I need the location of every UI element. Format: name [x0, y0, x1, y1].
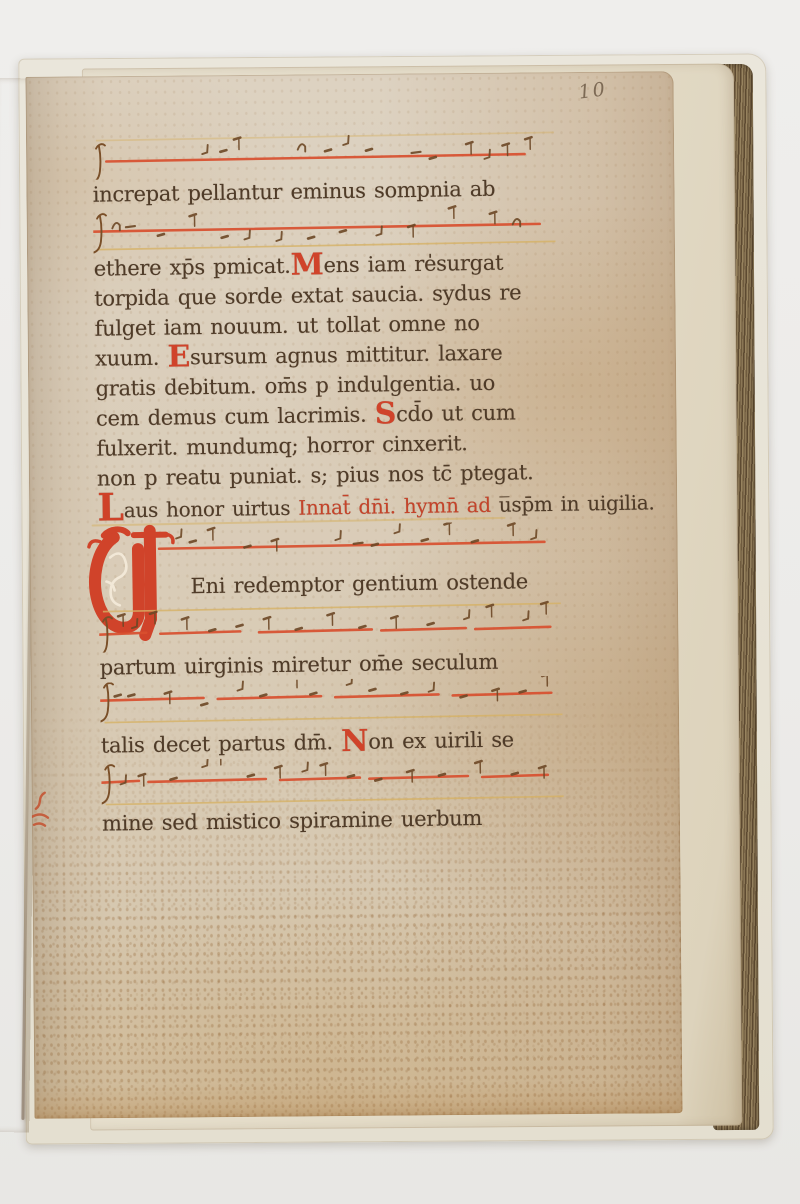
verse-text: u̅sp̄m in uigilia. [499, 490, 655, 516]
neume-clivis-icon [112, 223, 120, 231]
music-staff-line [92, 129, 563, 180]
verse-text: xuum. [95, 346, 168, 371]
staff-red-line [335, 694, 438, 697]
neume-punctum-icon [366, 149, 372, 151]
verse-text: Eni redemptor gentium ostende [190, 569, 528, 598]
verse-text: ethere xp̄s pmicat. [94, 254, 291, 281]
current-page: 10 increpat pellantur eminus sompnia abe… [25, 71, 682, 1119]
neume-virga-icon [264, 617, 271, 629]
neume-virga-icon [525, 137, 532, 149]
neume-punctum-icon [308, 237, 314, 239]
neume-virga-icon [486, 605, 493, 617]
staff-notation [100, 676, 571, 731]
verse-text: on ex uirili se [368, 728, 514, 754]
verse-text: mine sed mistico spiramine uerbum [102, 806, 482, 836]
staff-red-line [369, 776, 468, 779]
manuscript-text-block: increpat pellantur eminus sompnia abethe… [92, 129, 572, 839]
neume-punctum-icon [244, 546, 250, 548]
neume-virga-icon [475, 761, 482, 773]
staff-red-line [159, 542, 544, 549]
neume-virga-icon [327, 613, 334, 625]
neume-virga-icon [508, 523, 515, 535]
neume-virga-icon [150, 612, 157, 624]
neume-pes-icon [464, 610, 470, 619]
neume-virga-icon [182, 617, 189, 629]
neume-pes-icon [523, 611, 529, 620]
neume-punctum-icon [128, 695, 134, 697]
neume-punctum-icon [359, 626, 365, 628]
staff-red-line [475, 627, 550, 629]
neume-pes-icon [343, 136, 349, 145]
neume-virga-icon [272, 539, 279, 551]
neume-pes-icon [202, 758, 208, 767]
verse-text: gratis debitum. om̄s p indulgentia. uo [95, 371, 495, 401]
neume-punctum-icon [171, 778, 177, 780]
neume-punctum-icon [325, 150, 331, 152]
staff-red-line [99, 633, 146, 635]
staff-notation [92, 129, 563, 180]
neume-virga-icon [189, 214, 196, 226]
verse-text: cd̄o ut cum [396, 400, 516, 426]
neume-virga-icon [320, 763, 327, 775]
neume-pes-icon [132, 619, 138, 628]
neume-virga-icon [118, 614, 125, 626]
verse-text: sursum agnus mittitur. laxare [190, 341, 503, 370]
neume-punctum-icon [428, 623, 434, 625]
neume-virga-icon [542, 676, 549, 686]
neume-pes-icon [302, 762, 308, 771]
clef-icon [92, 144, 106, 180]
neume-punctum-icon [310, 693, 316, 695]
neume-tractulus-icon [126, 226, 135, 227]
manuscript-photo: 11 10 increpat pellantur eminus sompnia … [0, 0, 800, 1204]
neume-punctum-icon [190, 541, 196, 543]
neume-pes-icon [335, 531, 341, 540]
neume-pes-icon [237, 681, 243, 690]
page-bottom-soil-band [34, 1079, 682, 1119]
staff-notation [99, 598, 570, 653]
clef-icon [100, 683, 114, 722]
neume-punctum-icon [520, 691, 526, 693]
neume-virga-icon [208, 528, 215, 540]
neume-pes-icon [202, 145, 208, 154]
neume-punctum-icon [237, 625, 243, 627]
staff-notation [93, 203, 564, 254]
neume-tractulus-icon [412, 152, 421, 153]
neume-punctum-icon [348, 775, 354, 777]
verse-text: talis decet partus dm̄. [101, 730, 342, 758]
neume-punctum-icon [375, 779, 381, 781]
verse-text: ens iam re̍surgat [323, 251, 503, 278]
staff-red-line [381, 628, 466, 630]
verse-text: aus honor uirtus [124, 496, 299, 523]
neume-punctum-icon [296, 628, 302, 630]
neume-virga-icon [408, 225, 415, 237]
verse-text: fulxerit. mundumq; horror cinxerit. [96, 431, 467, 461]
neume-clivis-icon [298, 144, 306, 152]
neume-pes-icon [531, 530, 537, 539]
staff-red-line [148, 779, 266, 782]
neume-punctum-icon [430, 157, 436, 159]
neume-punctum-icon [472, 540, 478, 542]
neume-punctum-icon [260, 695, 266, 697]
neume-virga-icon [541, 602, 548, 614]
verse-text: torpida que sorde extat saucia. sydus re [94, 280, 521, 310]
music-staff-line [101, 754, 572, 809]
staff-notation [101, 754, 572, 809]
red-initial-letter: S [374, 396, 396, 431]
neume-tractulus-icon [354, 543, 363, 544]
neume-punctum-icon [340, 230, 346, 232]
neume-virga-icon [234, 138, 241, 150]
neume-punctum-icon [369, 689, 375, 691]
staff-red-line [106, 154, 524, 161]
neume-punctum-icon [401, 692, 407, 694]
neume-pes-icon [428, 683, 434, 692]
red-initial-letter: N [341, 724, 369, 759]
neume-punctum-icon [220, 150, 226, 152]
neume-punctum-icon [461, 696, 467, 698]
neume-punctum-icon [512, 773, 518, 775]
clef-icon [101, 765, 115, 804]
neume-pes-icon [276, 232, 282, 241]
marginal-red-mark-icon [29, 789, 51, 833]
neume-virga-icon [275, 766, 282, 778]
neume-pes-icon [244, 230, 250, 239]
music-staff-line [99, 598, 570, 653]
neume-virga-icon [444, 522, 451, 534]
neume-pes-icon [394, 524, 400, 533]
neume-punctum-icon [422, 539, 428, 541]
staff-red-line [482, 775, 548, 777]
music-staff-line [93, 203, 564, 254]
neume-punctum-icon [209, 629, 215, 631]
verse-text: non p reatu puniat. s; pius nos tc̄ pteg… [97, 460, 534, 490]
neume-virga-icon [391, 616, 398, 628]
red-initial-letter: E [167, 339, 190, 374]
staff-red-line [259, 629, 372, 632]
neume-virga-icon [449, 206, 456, 218]
verse-text: partum uirginis miretur om̄e seculum [100, 650, 499, 680]
verse-text: fulget iam nouum. ut tollat omne no [95, 311, 480, 341]
verse-text: increpat pellantur eminus sompnia ab [93, 177, 496, 207]
neume-virga-icon [466, 142, 473, 154]
music-staff-line [100, 676, 571, 731]
neume-punctum-icon [248, 775, 254, 777]
page-number-left: 10 [577, 78, 608, 103]
staff-red-line [160, 631, 240, 633]
rubric-text: Innat̄ dn̄i. hymn̄ ad [298, 493, 499, 520]
staff-yellow-line [105, 714, 563, 722]
red-initial-letter: M [290, 247, 323, 282]
staff-red-line [218, 696, 321, 699]
verse-text: cem demus cum lacrimis. [96, 403, 375, 431]
staff-red-line [100, 698, 203, 701]
clef-icon [93, 214, 107, 253]
staff-red-line [93, 224, 539, 232]
neume-punctum-icon [115, 695, 121, 697]
neume-punctum-icon [158, 234, 164, 236]
neume-punctum-icon [439, 774, 445, 776]
staff-red-line [101, 781, 139, 783]
neume-virga-icon [490, 212, 497, 224]
neume-virga-icon [407, 770, 414, 782]
neume-punctum-icon [222, 236, 228, 238]
neume-punctum-icon [201, 703, 207, 705]
neume-punctum-icon [372, 544, 378, 546]
